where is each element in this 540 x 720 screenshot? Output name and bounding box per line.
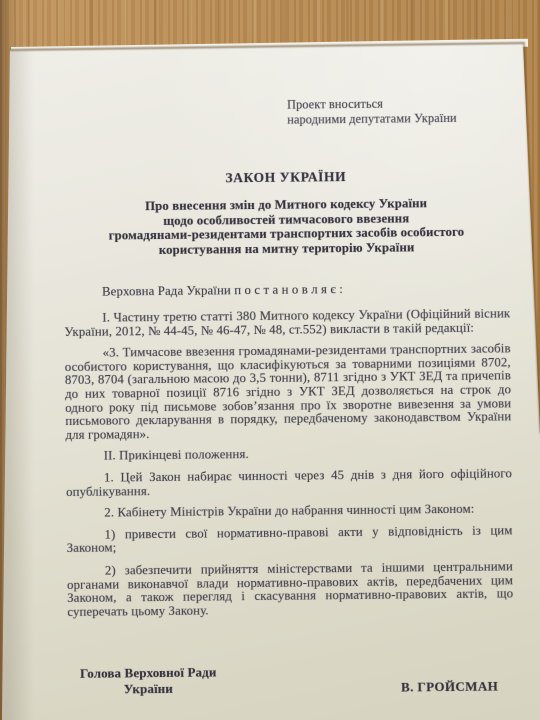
- body-paragraph-5: 1) привести свої нормативно-правові акти…: [66, 524, 512, 556]
- draft-note: Проект вноситься народними депутатами Ук…: [287, 95, 508, 127]
- signature-name: В. ГРОЙСМАН: [401, 679, 498, 696]
- signature-block: Голова Верховної Ради України В. ГРОЙСМА…: [68, 662, 514, 700]
- law-title: ЗАКОН УКРАЇНИ: [63, 167, 509, 188]
- body-paragraph-6: 2) забезпечити прийняття міністерствами …: [67, 560, 514, 619]
- body-paragraph-3: 1. Цей Закон набирає чинності через 45 д…: [66, 467, 512, 499]
- section-heading: ІІ. Прикінцеві положення.: [66, 446, 512, 464]
- body-paragraph-1: І. Частину третю статті 380 Митного коде…: [64, 307, 510, 339]
- draft-note-line2: народними депутатами України: [287, 110, 508, 127]
- law-subtitle: Про внесення змін до Митного кодексу Укр…: [63, 195, 510, 258]
- document-photo: Проект вноситься народними депутатами Ук…: [0, 0, 540, 720]
- signature-position-title: Голова Верховної Ради України: [80, 665, 217, 698]
- body-paragraph-4: 2. Кабінету Міністрів України до набранн…: [66, 502, 512, 520]
- body-paragraph-2: «3. Тимчасове ввезення громадянами-резид…: [65, 343, 512, 443]
- signature-title-line1: Голова Верховної Ради: [80, 665, 217, 682]
- signature-title-line2: України: [80, 681, 217, 698]
- document-content: Проект вноситься народними депутатами Ук…: [62, 95, 514, 699]
- enacting-clause: Верховна Рада України п о с т а н о в л …: [64, 280, 510, 299]
